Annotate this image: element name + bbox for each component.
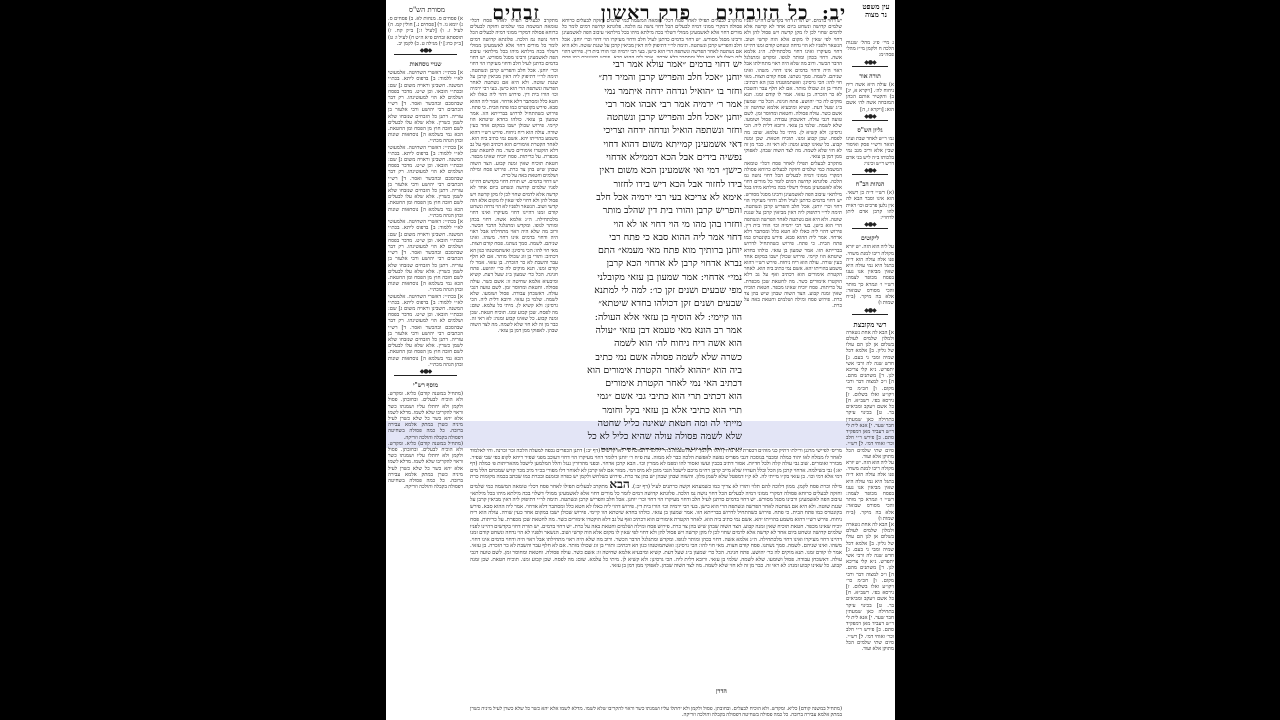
gemara-line: דכתיב האי נמי לאחר הקטרת אימורים — [472, 377, 742, 390]
gemara-text: יש דחוי בדמים ״אמר עולא אמר רבייוחנן ״אכ… — [472, 58, 742, 450]
gemara-line: והפריש קרבן והורו בית דין שהלב מותר — [472, 204, 742, 217]
hagahot-habach-title: הגהות הב"ח — [846, 182, 894, 188]
gemara-line: דחוי אמר ליה ההוא סבא כי פתח רבי — [472, 231, 742, 244]
gemara-line: מפי שבעים ושנים זקן כו׳: למה לי למתנא — [472, 284, 742, 297]
gemara-line: יוחנן ברותיך מוא פתח מאי מעמא״ התם — [472, 244, 742, 257]
gemara-line: כישן״ דמי ואי אשמעינן הכא משום דאין — [472, 164, 742, 177]
rashi-text-cont: מתקרב לבעלים תפילו לאחר פסח דכל״ טומאה ה… — [744, 161, 842, 310]
shinuyei-nuschaot-text: א] בכת״י: דאשרי השחיטה. אלמעוטי לא״י ללמ… — [388, 70, 463, 144]
ornament-divider — [852, 311, 888, 318]
talmud-page: מסורת הש"ס זבחים פרק ראשון כל הזובחים יב… — [386, 0, 895, 720]
rashi-text: יש דחוי בדמים. יש תורת דחוי בקדשים דהיינ… — [744, 18, 842, 161]
gilyon-hashas-text: גמ׳ ר״ש לאחד שבת ועינו תואר ורש״י פסק וא… — [846, 136, 894, 167]
rashi-mekubetzet-text-cont: על ליה הוא הזה. יש יזרא מקולה ריבו למנת … — [846, 460, 894, 522]
gilyon-hashas-title: גליון הש"ס — [846, 128, 894, 134]
left-margin-column: א) פסחים ס. מנחות לא. ב) פסחים ס. ג) יומ… — [388, 16, 463, 720]
gemara-line: יוחנן ״אכל חלב והפריש קרבן ונשתטה — [472, 111, 742, 124]
tosafot-top-wrap: מתקרב לבעלים תפילו לאחר פסח דכל״ טומאה ה… — [562, 18, 742, 58]
gemara-line: הוו קיימי: לא הוסיף בן עזאי אלא העולה: — [472, 311, 742, 324]
gemara-line: אמר ר׳ ירמיה אמר רבי אבהו אמר רבי — [472, 98, 742, 111]
gemara-line: שלא לשמה פסולה עולה שהיא כליל לא כל — [472, 430, 742, 443]
ornament-divider — [852, 171, 888, 178]
torah-or-text: א) עולה היא אשה ריח ניחוח לה׳. [ויקרא א,… — [846, 82, 894, 113]
musaf-rashi-title: מוסף רש"י — [388, 383, 463, 389]
right-margin-column: ג מיי׳ פ״ג מהל׳ שגגות הלכה ח ולקמן מי״ז … — [846, 40, 894, 720]
likutim-text: על ליה הוא הזה. יש יזרא מקולה ריבו למנת … — [846, 244, 894, 306]
gemara-line: הוא אשה ריח ניחוח לה׳ הוא לשמה — [472, 337, 742, 350]
hagahot-habach-text: (א) רש״י ד״ה כן רשאי. הוא אינו וסבר הבא … — [846, 190, 894, 221]
gemara-line: וחזר ונשתפה הואיל ונדחה ידחה וצריכי — [472, 124, 742, 137]
gemara-line: יוחנן ״אכל חלב והפריש קרבן והמיר דת״ — [472, 71, 742, 84]
gemara-line: נמי״ אדחוי: אמר שמעון בן עזאי מקובלני — [472, 271, 742, 284]
shinuyei-nuschaot-text-cont2: א] בכת״י: דאשרי השחיטה. אלמעוטי לא״י ללמ… — [388, 219, 463, 293]
tosafot-top-text: מתקרב לבעלים תפילו לאחר פסח דכל״ טומאה ה… — [562, 18, 742, 58]
gemara-line: וחזרו בהן מהו מי הוי דחוי או לא הוי — [472, 218, 742, 231]
ner-mitzvah-title: נר מצוה — [858, 11, 894, 19]
footer-text: (מתחיל במשנה קודם) כליא. ומקדש. ולא הוכי… — [470, 706, 842, 718]
rashi-mekubetzet-title: רשי מקובצת — [846, 322, 894, 328]
ornament-divider — [852, 225, 888, 232]
rashi-mekubetzet-text-cont2: א] הבא לה אחת נשארה ולמלון שלמים לעולם ב… — [846, 522, 894, 652]
musaf-rashi-text-cont: (מתחיל במשנה קודם) כליא. ומקדש. ולא הוכי… — [388, 441, 463, 491]
gemara-line: אימא לא צריכא בעי רבי ירמיה אכל חלב — [472, 191, 742, 204]
gemara-line: יש דחוי בדמים ״אמר עולא אמר רבי — [472, 58, 742, 71]
gemara-line: שבעים ושנים זקן דכולהו בחדא שיטתא״ — [472, 297, 742, 310]
ein-mishpat-header: עין משפט נר מצוה — [858, 3, 894, 25]
gemara-line: תרי הוא כתיבי אלא בן עזאי בקל וחומר — [472, 404, 742, 417]
ornament-divider — [852, 117, 888, 124]
musaf-rashi-text: (מתחיל במשנה קודם) כליא. ומקדש. ולא הוכי… — [388, 391, 463, 441]
gemara-line: בידו לחזור אבל הכא דיש בידו לחזור — [472, 178, 742, 191]
torah-or-title: תורה אור — [846, 74, 894, 80]
gemara-line: דאי אשמעינן קמייתא משום דהוא דחוי — [472, 138, 742, 151]
ein-mishpat-text: ג מיי׳ פ״ג מהל׳ שגגות הלכה ח ולקמן מי״ז … — [846, 40, 894, 59]
masoret-hashas-text: א) פסחים ס. מנחות לא. ב) פסחים ס. ג) יומ… — [388, 16, 463, 47]
gemara-column: יש דחוי בדמים ״אמר עולא אמר רבייוחנן ״אכ… — [472, 58, 742, 450]
likutim-title: ליקוטים — [846, 236, 894, 242]
gemara-line: אמר רב הונא מאי טעמא דבן עזאי ״עולה — [472, 324, 742, 337]
shinuyei-nuschaot-text-cont3: א] בכת״י: דאשרי השחיטה. אלמעוטי לא״י ללמ… — [388, 294, 463, 368]
shinuyei-nuschaot-text-cont: א] בכת״י: דאשרי השחיטה. אלמעוטי לא״י ללמ… — [388, 145, 463, 219]
footer-line: (מתחיל במשנה קודם) כליא. ומקדש. ולא הוכי… — [470, 706, 842, 720]
gemara-line: וחזר בו ״הואיל ונדחה ידחה איתמר נמי — [472, 85, 742, 98]
gemara-line: ביה הוא ״ההוא לאחר הקטרת אימורים הוא — [472, 364, 742, 377]
ornament-divider — [394, 372, 457, 379]
gemara-line: מייתי לה ומה חטאת שאינה כליל שחטה — [472, 417, 742, 430]
rashi-column: יש דחוי בדמים. יש תורת דחוי בקדשים דהיינ… — [744, 18, 842, 420]
dibur-hamatchil: הבא — [609, 477, 629, 491]
gemara-line: נברא אדחוי קרבן לא אדחוי הכא קרבן — [472, 257, 742, 270]
bottom-commentary-text-3: יש דחוי בדמים. יש תורת דחוי בקדשים דהיינ… — [470, 524, 842, 570]
gemara-line: כשרה שלא לשמה פסולה אשם נמי כתיב — [472, 351, 742, 364]
ornament-divider — [394, 51, 457, 58]
rashi-mekubetzet-text: א] הבא לה אחת נשארה ולמלון שלמים לעולם ב… — [846, 330, 894, 460]
gemara-line: נפשיה בידים אבל הכא דממילא אדחוי — [472, 151, 742, 164]
bottom-commentary: מריס׳ לפיישי מרגנן ורילת׳ דתיק כני מוהים… — [470, 448, 842, 688]
shinuyei-nuschaot-title: שנויי נוסחאות — [388, 62, 463, 68]
ornament-divider — [852, 63, 888, 70]
hadran-label: הדרן — [716, 688, 727, 695]
gemara-line: הוא דכתיב תרי הוא כתיבי גבי אשם ״גמי — [472, 390, 742, 403]
